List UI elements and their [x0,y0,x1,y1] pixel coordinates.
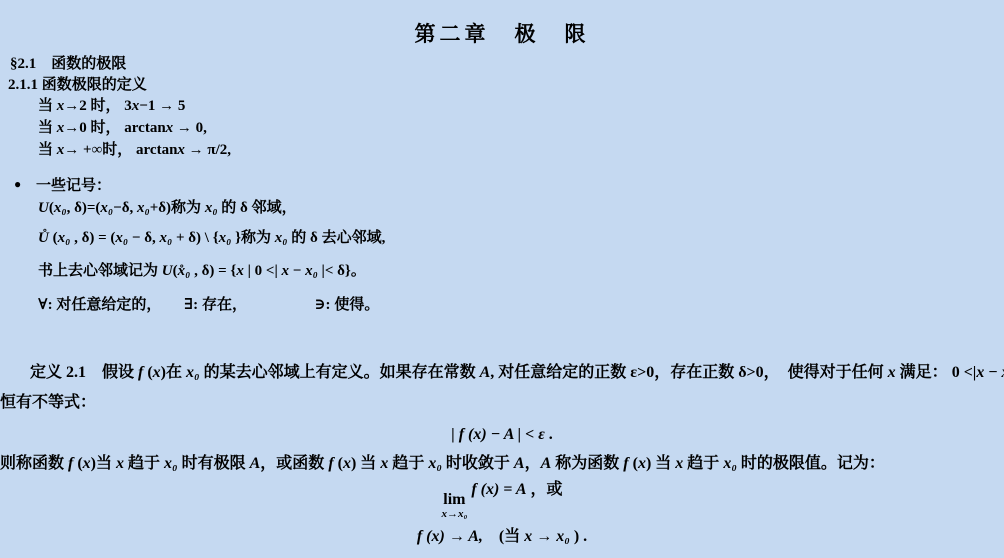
text-run: 的 δ 邻域， [218,200,297,216]
text-run: A [250,455,261,472]
limit-formula-body: f (x) = A ，或 [467,481,562,498]
definition-paragraph-line-2: 恒有不等式： [0,393,96,412]
lecture-slide: 第二章 极 限 §2.1 函数的极限 2.1.1 函数极限的定义 当 x→2 时… [0,0,1004,558]
arrow-notation-formula: f (x) → A, (当 x → x₀ ) . [0,527,1004,546]
text-run: A [541,455,552,472]
text-run: x [153,364,161,381]
text-run: x₀ [100,200,113,216]
text-run: arctan [121,120,166,136]
text-run: →2 [64,98,90,114]
subsection-heading: 2.1.1 函数极限的定义 [8,76,147,94]
text-run: 定义 2.1 假设 [30,364,138,381]
text-run: 时收敛于 [442,455,514,472]
text-run: 则称函数 [0,455,68,472]
limit-formula: lim x→x₀ f (x) = A ，或 [0,480,1004,520]
text-run: U [38,200,49,216]
text-run: 趋于 [683,455,723,472]
inequality-formula: | f (x) − A | < ε . [0,425,1004,444]
text-run: − [289,263,305,279]
text-run: | f (x) − A | < ε [451,426,545,443]
text-run: 书上去心邻域记为 [38,263,162,279]
text-run: x₀ [205,200,218,216]
text-run: − [984,364,1001,381]
text-run: . [583,528,587,545]
text-run: 对任意给定的正数 ε>0，存在正数 δ>0， 使得对于任何 [498,364,887,381]
text-run: x₀ [58,230,71,246]
text-run: f (x) = A [467,481,526,498]
example-line-1: 当 x→2 时， 3x−1 → 5 [38,97,185,115]
text-run: → π/2, [185,142,231,158]
text-run: 当 [38,98,57,114]
definition-paragraph-line-1: 定义 2.1 假设 f (x)在 x₀ 的某去心邻域上有定义。如果存在常数 A,… [0,363,1004,382]
text-run: x [888,364,896,381]
text-run: ， [525,455,541,472]
text-run: , δ) = ( [70,230,115,246]
text-run: x → x₀ [524,528,570,545]
text-run: 当 [38,142,57,158]
text-run: f [328,455,337,472]
text-run: x [177,142,185,158]
text-run: 使得。 [334,297,379,313]
example-line-2: 当 x→0 时， arctanx → 0, [38,119,207,137]
text-run: →0 [64,120,90,136]
text-run: 3 [121,98,132,114]
text-run: 当 [651,455,675,472]
lim-symbol: lim [443,492,465,508]
text-run: 。 [351,263,366,279]
text-run: 的某去心邻域上有定义。如果存在常数 [200,364,480,381]
text-run: ∃: [154,297,202,313]
text-run: x₀ [428,455,442,472]
text-run: 时， [91,120,121,136]
text-run: x₀ [723,455,737,472]
text-run: arctan [132,142,177,158]
text-run: x₀ [275,230,288,246]
text-run: 称为函数 [551,455,623,472]
text-run: 的 δ 去心邻域, [288,230,386,246]
text-run: ∀: [38,297,56,313]
text-run: 在 [166,364,186,381]
text-run: x [83,455,91,472]
conclusion-paragraph: 则称函数 f (x)当 x 趋于 x₀ 时有极限 A，或函数 f (x) 当 x… [0,454,885,473]
bullet-icon: ● [14,178,21,190]
text-run: x₀ [54,200,67,216]
text-run: x [282,263,290,279]
text-run: 存在， [202,297,240,313]
text-run: . [545,426,553,443]
text-run: ，或 [527,481,563,498]
text-run: 对任意给定的， [56,297,154,313]
text-run: A [514,455,525,472]
text-run: 称为 [171,200,205,216]
text-run: ) [570,528,583,545]
text-run: −1 → 5 [139,98,185,114]
text-run: 时的极限值。记为： [737,455,885,472]
text-run: x [116,455,124,472]
text-run: x̊₀ [178,263,191,279]
notation-line-neighborhood: U(x₀, δ)=(x₀−δ, x₀+δ)称为 x₀ 的 δ 邻域， [38,199,297,217]
section-heading: §2.1 函数的极限 [10,55,126,73]
text-run: x₀ [219,230,232,246]
text-run: −δ, [113,200,137,216]
text-run: , δ)=( [67,200,101,216]
text-run: } [231,230,241,246]
text-run: f [68,455,77,472]
text-run: + δ) \ { [172,230,218,246]
text-run: 时， [91,98,121,114]
text-run: Ů [38,230,53,246]
notation-line-quantifiers: ∀: 对任意给定的， ∃: 存在， ∋: 使得。 [38,296,379,314]
text-run: (当 [483,528,524,545]
text-run: ，或函数 [260,455,328,472]
text-run: 时有极限 [178,455,250,472]
example-line-3: 当 x→ +∞时， arctanx → π/2, [38,141,231,159]
text-run: → 0, [173,120,207,136]
text-run: 0 <| [948,364,977,381]
text-run: − δ, [128,230,159,246]
text-run: x₀ [305,263,318,279]
text-run: 当 [38,120,57,136]
text-run: | 0 <| [244,263,282,279]
text-run: f [623,455,632,472]
text-run: x₀ [115,230,128,246]
text-run: 时， [102,142,132,158]
text-run: |< δ} [318,263,351,279]
text-run: x₀ [186,364,200,381]
text-run: 当 [356,455,380,472]
lim-subscript: x→x₀ [441,509,467,520]
text-run: ∋: [239,297,334,313]
text-run: 当 [96,455,116,472]
text-run: U [162,263,173,279]
notation-line-book-notation: 书上去心邻域记为 U(x̊₀ , δ) = {x | 0 <| x − x₀ |… [38,262,366,280]
text-run: 称为 [241,230,275,246]
notation-line-deleted-neighborhood: Ů (x₀ , δ) = (x₀ − δ, x₀ + δ) \ {x₀ }称为 … [38,229,385,247]
text-run: x [343,455,351,472]
text-run: x₀ [137,200,150,216]
text-run: +δ) [150,200,171,216]
text-run: x [236,263,244,279]
text-run: x₀ [159,230,172,246]
text-run: x [638,455,646,472]
text-run: → +∞ [64,142,102,158]
text-run: x₀ [164,455,178,472]
text-run: , δ) = { [190,263,236,279]
chapter-title: 第二章 极 限 [0,22,1004,47]
text-run: f (x) → A, [417,528,483,545]
text-run: 满足： [896,364,948,381]
notation-label: 一些记号： [36,177,111,195]
text-run: 趋于 [388,455,428,472]
lim-operator: lim x→x₀ [441,492,467,520]
text-run: f [138,364,147,381]
text-run: A [480,364,491,381]
text-run: 趋于 [124,455,164,472]
